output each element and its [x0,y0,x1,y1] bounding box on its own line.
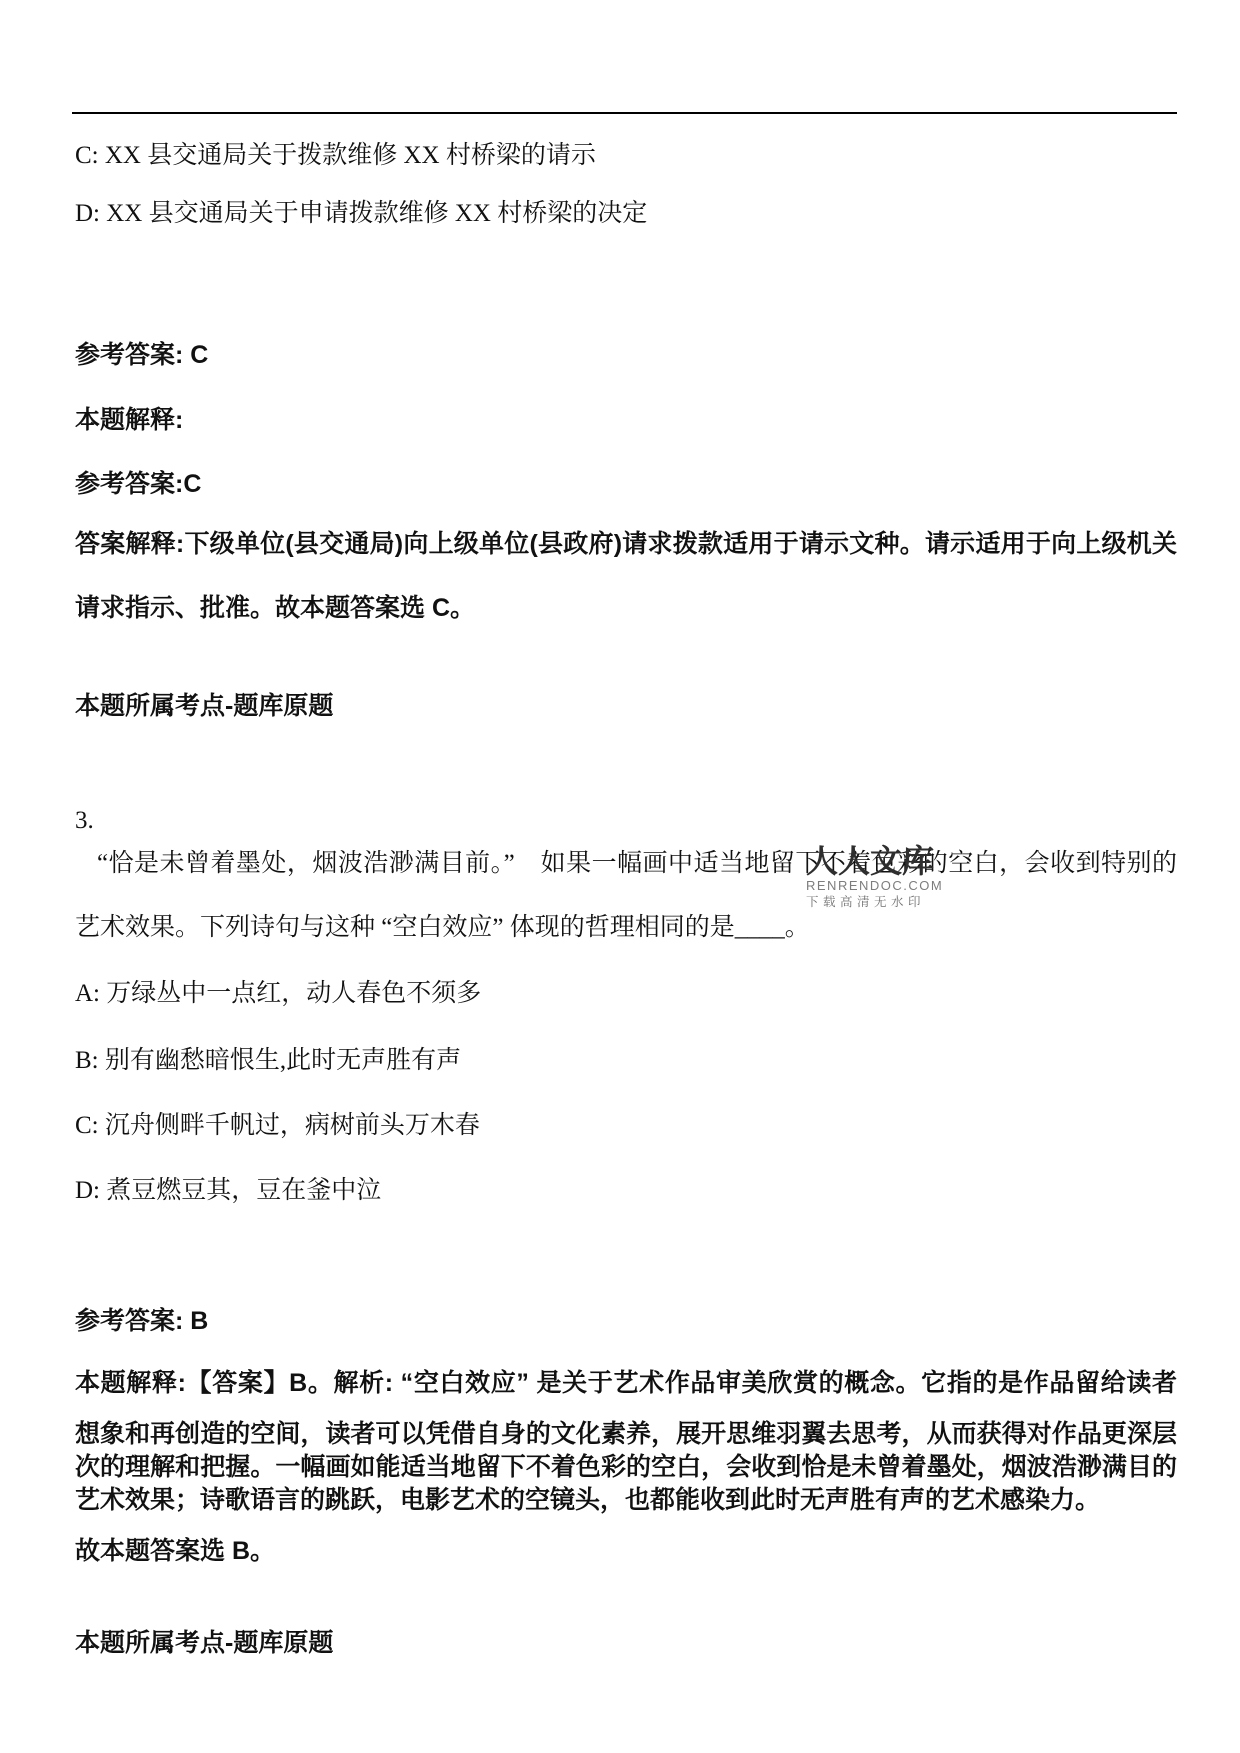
q2-option-c: C: XX 县交通局关于拨款维修 XX 村桥梁的请示 [75,139,1177,173]
watermark-logo-text: 人人文库 [806,844,946,878]
q2-explanation-heading: 本题解释: [75,403,1177,437]
q2-option-d: D: XX 县交通局关于申请拨款维修 XX 村桥梁的决定 [75,197,1177,231]
q3-reference-answer: 参考答案: B [75,1304,1177,1338]
q2-reference-answer: 参考答案: C [75,338,1177,372]
q3-explanation-intro: 本题解释:【答案】B。解析: “空白效应” 是关于艺术作品审美欣赏的概念。它指的… [75,1366,1177,1400]
watermark: 人人文库 RENRENDOC.COM 下载高清无水印 [806,844,946,909]
q3-explanation-body: 想象和再创造的空间，读者可以凭借自身的文化素养，展开思维羽翼去思考，从而获得对作… [75,1418,1177,1517]
q3-conclusion: 故本题答案选 B。 [75,1534,1177,1568]
q3-topic-note: 本题所属考点-题库原题 [75,1626,1177,1660]
q3-stem: “恰是未曾着墨处，烟波浩渺满目前。” 如果一幅画中适当地留下不着色彩的空白，会收… [75,832,1177,960]
q3-option-d: D: 煮豆燃豆其，豆在釜中泣 [75,1174,1177,1208]
watermark-tagline-text: 下载高清无水印 [806,896,946,909]
q3-option-b: B: 别有幽愁暗恨生,此时无声胜有声 [75,1044,1177,1078]
document-page: C: XX 县交通局关于拨款维修 XX 村桥梁的请示 D: XX 县交通局关于申… [0,0,1240,1753]
top-divider [72,112,1177,114]
q2-topic-note: 本题所属考点-题库原题 [75,689,1177,723]
q3-option-c: C: 沉舟侧畔千帆过，病树前头万木春 [75,1109,1177,1143]
q2-reference-answer-restated: 参考答案:C [75,467,1177,501]
q3-option-a: A: 万绿丛中一点红，动人春色不须多 [75,977,1177,1011]
watermark-domain-text: RENRENDOC.COM [806,879,946,893]
q2-answer-analysis: 答案解释:下级单位(县交通局)向上级单位(县政府)请求拨款适用于请示文种。请示适… [75,512,1177,640]
